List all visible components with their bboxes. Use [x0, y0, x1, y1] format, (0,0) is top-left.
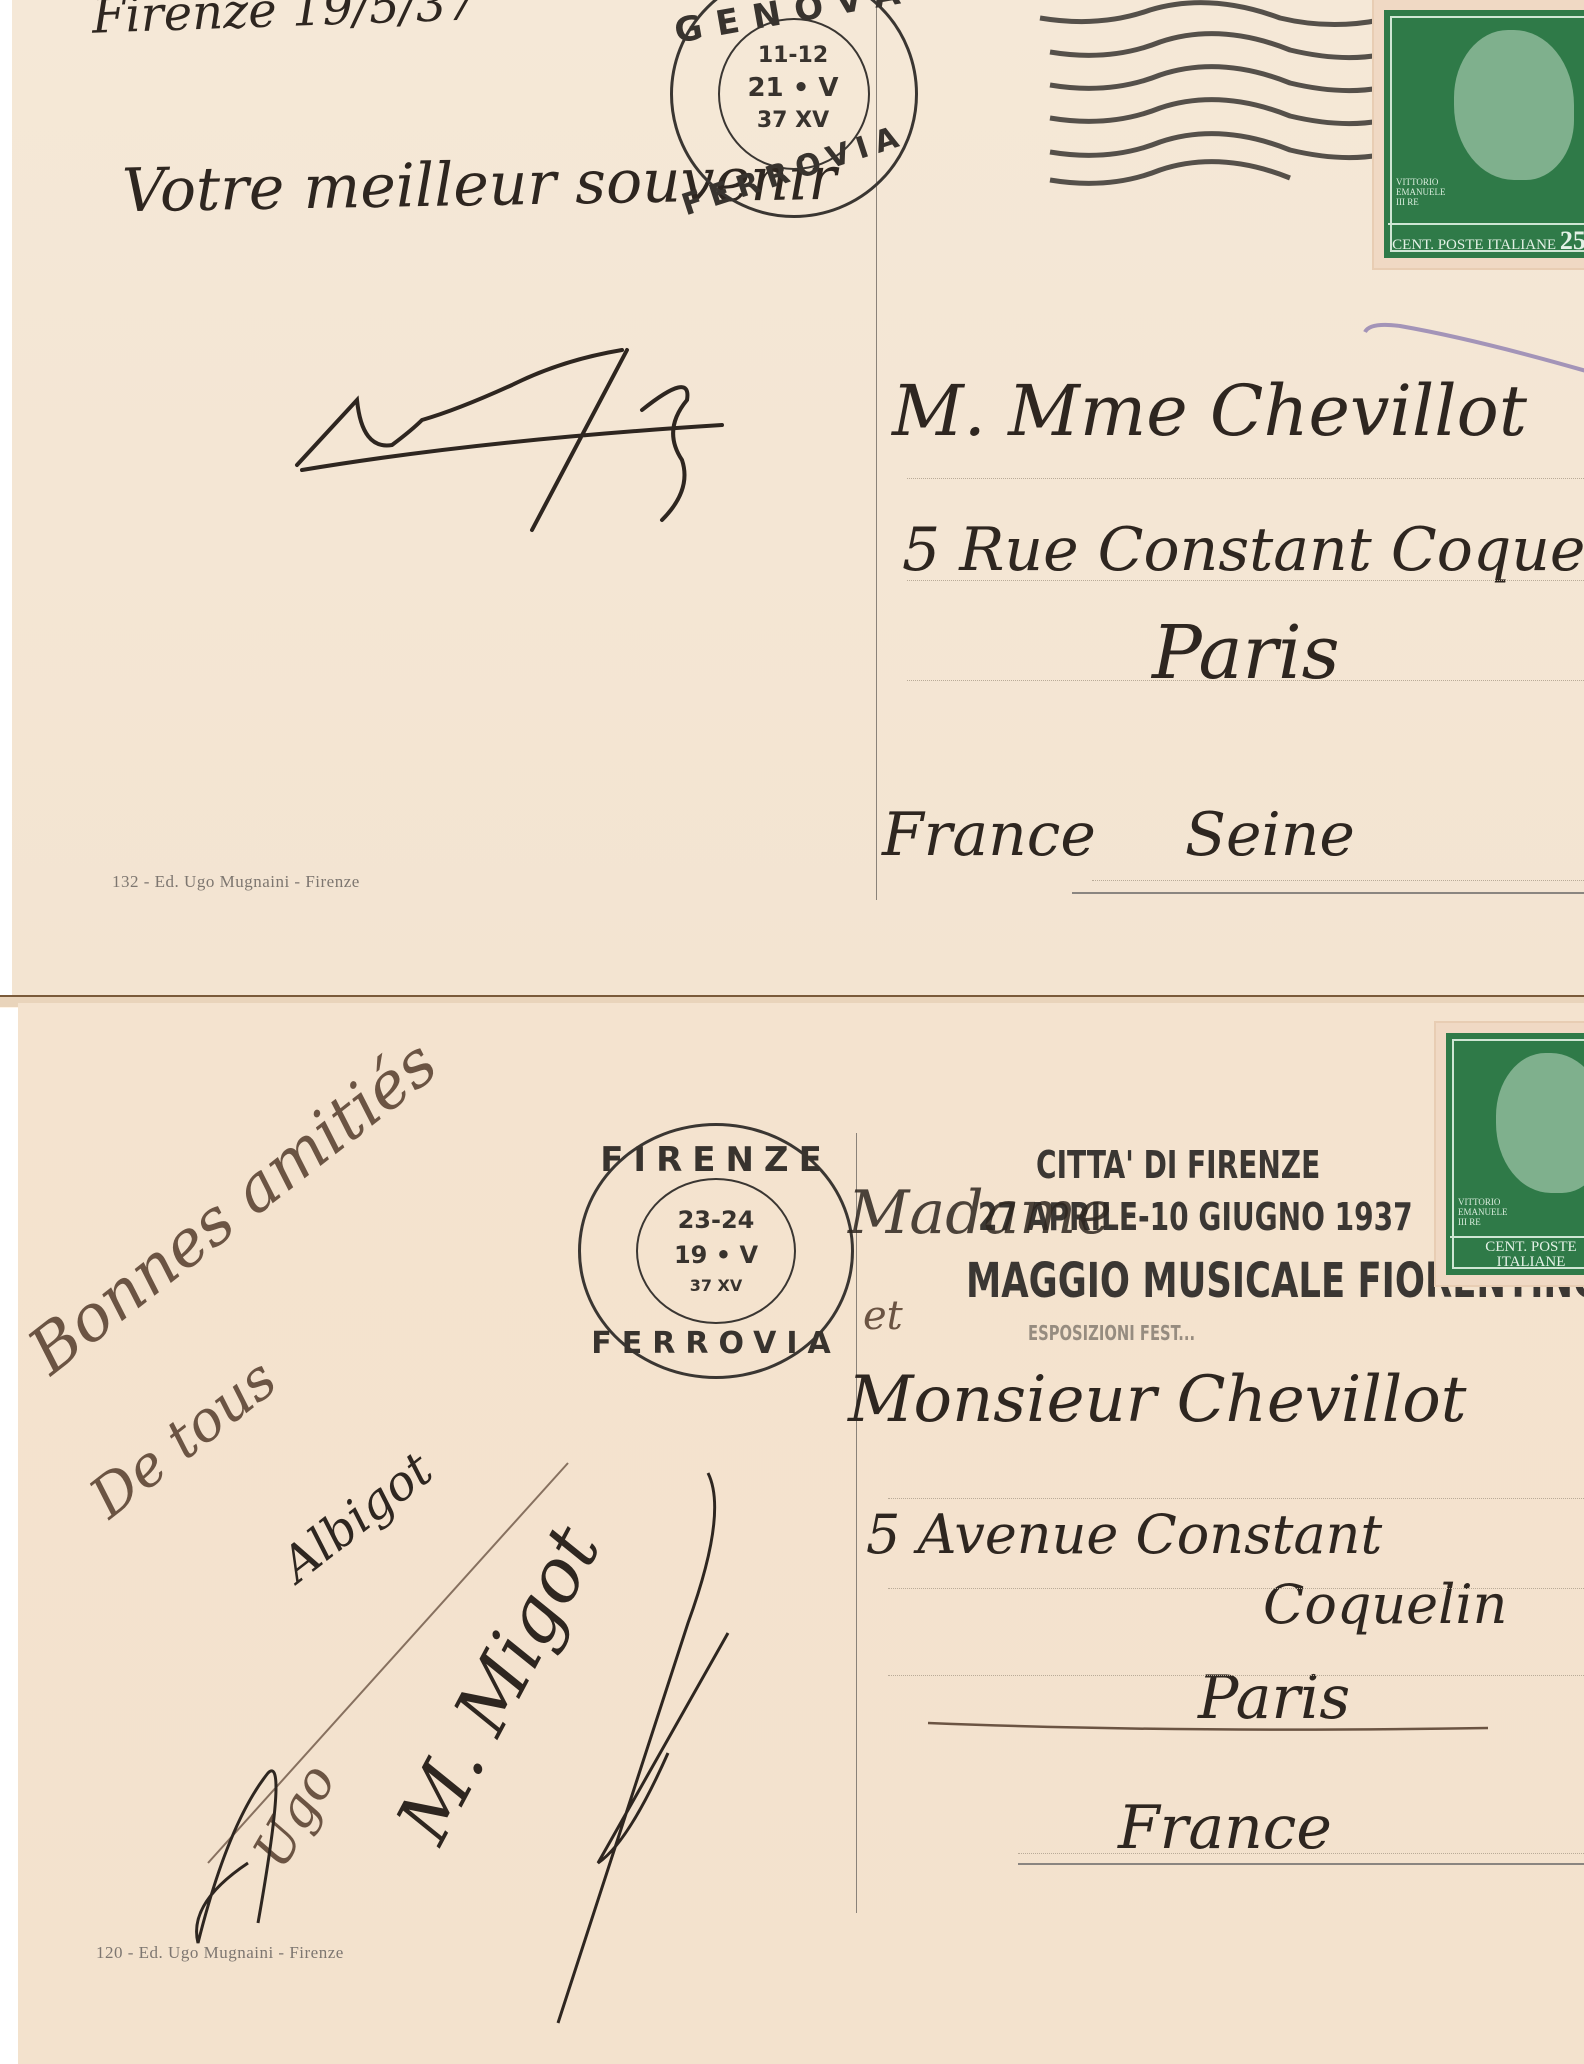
address-recipient: M. Mme Chevillot: [892, 370, 1527, 452]
postage-stamp-2: VITTORIO EMANUELE III RE CENT. POSTE ITA…: [1436, 1023, 1584, 1285]
postmark-firenze: FIRENZE 23-24 19 • V 37 XV FERROVIA: [578, 1123, 854, 1379]
postcard-2: Bonnes amitiés De tous Albigot Ugo M. Mi…: [18, 1003, 1584, 2064]
header-note: Firenze 19/5/37: [91, 0, 478, 45]
signature-1: [282, 310, 732, 510]
address-salutation-1: Madame: [848, 1178, 1112, 1248]
underline-flourish: [928, 1703, 1488, 1763]
postcard-1: Firenze 19/5/37 Votre meilleur souvenir …: [12, 0, 1584, 995]
publisher-imprint: 132 - Ed. Ugo Mugnaini - Firenze: [112, 872, 360, 892]
address-street: 5 Avenue Constant: [866, 1503, 1382, 1566]
king-portrait: [1454, 30, 1574, 180]
publisher-imprint: 120 - Ed. Ugo Mugnaini - Firenze: [96, 1943, 344, 1963]
address-salutation-2: et: [863, 1293, 903, 1339]
message-line-1: Bonnes amitiés: [18, 1026, 451, 1389]
address-divider: [856, 1133, 857, 1913]
address-street-2: Coquelin: [1263, 1573, 1507, 1636]
address-region: France Seine: [882, 800, 1355, 870]
wavy-cancellation: [1040, 0, 1380, 190]
address-street: 5 Rue Constant Coquelin: [902, 515, 1584, 585]
postmark-genova: GENOVA 11-12 21 • V 37 XV FERROVIA: [670, 0, 918, 218]
address-city: Paris: [1152, 610, 1340, 696]
postage-stamp-1: VITTORIO EMANUELE III RE CENT. POSTE ITA…: [1374, 0, 1584, 268]
address-recipient: Monsieur Chevillot: [848, 1363, 1467, 1437]
slogan-line-4: ESPOSIZIONI FEST...: [1028, 1321, 1195, 1345]
